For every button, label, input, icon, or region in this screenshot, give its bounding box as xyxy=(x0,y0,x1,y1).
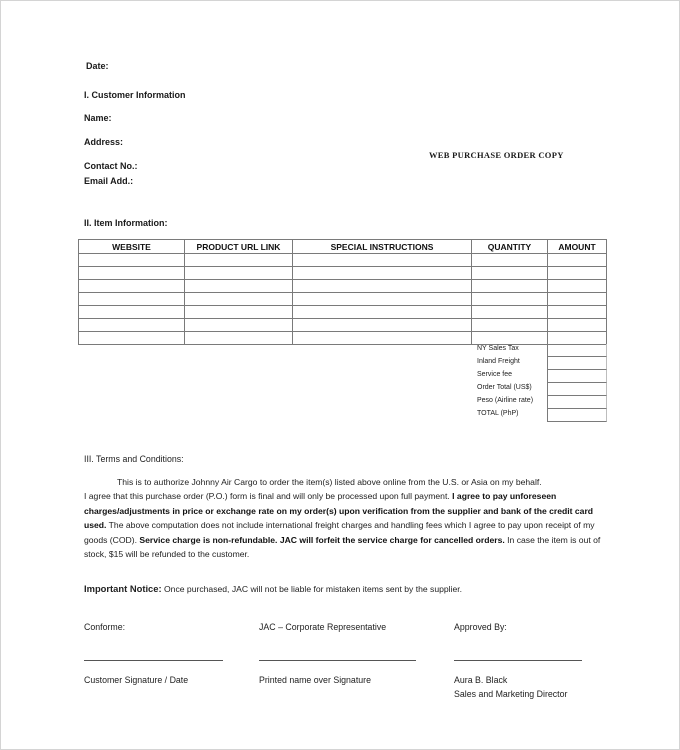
special-instructions-cell[interactable] xyxy=(293,280,472,293)
summary-label: Peso (Airline rate) xyxy=(477,397,533,404)
product-url-cell[interactable] xyxy=(185,306,293,319)
agreement-text-part: I agree that this purchase order (P.O.) … xyxy=(84,491,452,501)
website-cell[interactable] xyxy=(79,254,185,267)
column-header-product-url: PRODUCT URL LINK xyxy=(185,240,293,254)
approved-by-heading: Approved By: xyxy=(454,622,507,632)
special-instructions-cell[interactable] xyxy=(293,254,472,267)
summary-label: TOTAL (PhP) xyxy=(477,410,519,417)
website-cell[interactable] xyxy=(79,332,185,345)
service-charge-text-bold: Service charge is non-refundable. JAC wi… xyxy=(139,535,504,545)
amount-cell[interactable] xyxy=(548,293,607,306)
quantity-cell[interactable] xyxy=(472,319,548,332)
column-header-website: WEBSITE xyxy=(79,240,185,254)
approver-position: Sales and Marketing Director xyxy=(454,689,567,699)
quantity-cell[interactable] xyxy=(472,306,548,319)
product-url-cell[interactable] xyxy=(185,267,293,280)
table-row xyxy=(79,280,607,293)
website-cell[interactable] xyxy=(79,319,185,332)
special-instructions-cell[interactable] xyxy=(293,306,472,319)
product-url-cell[interactable] xyxy=(185,293,293,306)
amount-cell[interactable] xyxy=(548,254,607,267)
summary-value-field[interactable] xyxy=(547,409,607,422)
column-header-quantity: QUANTITY xyxy=(472,240,548,254)
summary-value-field[interactable] xyxy=(547,357,607,370)
terms-section-heading: III. Terms and Conditions: xyxy=(84,454,184,464)
representative-heading: JAC – Corporate Representative xyxy=(259,622,386,632)
summary-value-field[interactable] xyxy=(547,370,607,383)
quantity-cell[interactable] xyxy=(472,267,548,280)
table-row xyxy=(79,306,607,319)
table-row xyxy=(79,254,607,267)
item-table-header: WEBSITE PRODUCT URL LINK SPECIAL INSTRUC… xyxy=(79,240,607,254)
summary-value-field[interactable] xyxy=(547,396,607,409)
summary-label: NY Sales Tax xyxy=(477,345,519,352)
contact-label: Contact No.: xyxy=(84,161,138,171)
quantity-cell[interactable] xyxy=(472,254,548,267)
product-url-cell[interactable] xyxy=(185,319,293,332)
customer-signature-caption: Customer Signature / Date xyxy=(84,675,188,685)
date-label: Date: xyxy=(86,61,109,71)
quantity-cell[interactable] xyxy=(472,293,548,306)
item-section-heading: II. Item Information: xyxy=(84,218,168,228)
product-url-cell[interactable] xyxy=(185,254,293,267)
important-notice-label: Important Notice: xyxy=(84,583,162,594)
special-instructions-cell[interactable] xyxy=(293,293,472,306)
representative-signature-caption: Printed name over Signature xyxy=(259,675,371,685)
item-table: WEBSITE PRODUCT URL LINK SPECIAL INSTRUC… xyxy=(78,239,607,345)
important-notice-text: Once purchased, JAC will not be liable f… xyxy=(162,584,462,594)
approver-name: Aura B. Black xyxy=(454,675,507,685)
address-label: Address: xyxy=(84,137,123,147)
summary-value-field[interactable] xyxy=(547,344,607,357)
website-cell[interactable] xyxy=(79,293,185,306)
amount-cell[interactable] xyxy=(548,306,607,319)
table-row xyxy=(79,267,607,280)
special-instructions-cell[interactable] xyxy=(293,332,472,345)
table-row xyxy=(79,293,607,306)
agreement-text: I agree that this purchase order (P.O.) … xyxy=(84,489,614,561)
amount-cell[interactable] xyxy=(548,332,607,345)
amount-cell[interactable] xyxy=(548,267,607,280)
customer-section-heading: I. Customer Information xyxy=(84,90,186,100)
summary-label: Inland Freight xyxy=(477,358,520,365)
document-title: WEB PURCHASE ORDER COPY xyxy=(429,150,564,160)
approver-signature-line[interactable] xyxy=(454,660,582,661)
amount-cell[interactable] xyxy=(548,280,607,293)
conforme-heading: Conforme: xyxy=(84,622,125,632)
quantity-cell[interactable] xyxy=(472,280,548,293)
terms-paragraph: This is to authorize Johnny Air Cargo to… xyxy=(84,475,614,561)
quantity-cell[interactable] xyxy=(472,332,548,345)
column-header-special-instructions: SPECIAL INSTRUCTIONS xyxy=(293,240,472,254)
important-notice: Important Notice: Once purchased, JAC wi… xyxy=(84,583,462,594)
website-cell[interactable] xyxy=(79,306,185,319)
customer-signature-line[interactable] xyxy=(84,660,223,661)
table-row xyxy=(79,319,607,332)
website-cell[interactable] xyxy=(79,267,185,280)
representative-signature-line[interactable] xyxy=(259,660,416,661)
product-url-cell[interactable] xyxy=(185,332,293,345)
table-row xyxy=(79,332,607,345)
purchase-order-page: Date: I. Customer Information Name: Addr… xyxy=(0,0,680,750)
column-header-amount: AMOUNT xyxy=(548,240,607,254)
name-label: Name: xyxy=(84,113,112,123)
amount-cell[interactable] xyxy=(548,319,607,332)
product-url-cell[interactable] xyxy=(185,280,293,293)
email-label: Email Add.: xyxy=(84,176,133,186)
summary-label: Order Total (US$) xyxy=(477,384,532,391)
special-instructions-cell[interactable] xyxy=(293,267,472,280)
summary-label: Service fee xyxy=(477,371,512,378)
website-cell[interactable] xyxy=(79,280,185,293)
summary-value-field[interactable] xyxy=(547,383,607,396)
authorization-text: This is to authorize Johnny Air Cargo to… xyxy=(84,475,614,489)
special-instructions-cell[interactable] xyxy=(293,319,472,332)
